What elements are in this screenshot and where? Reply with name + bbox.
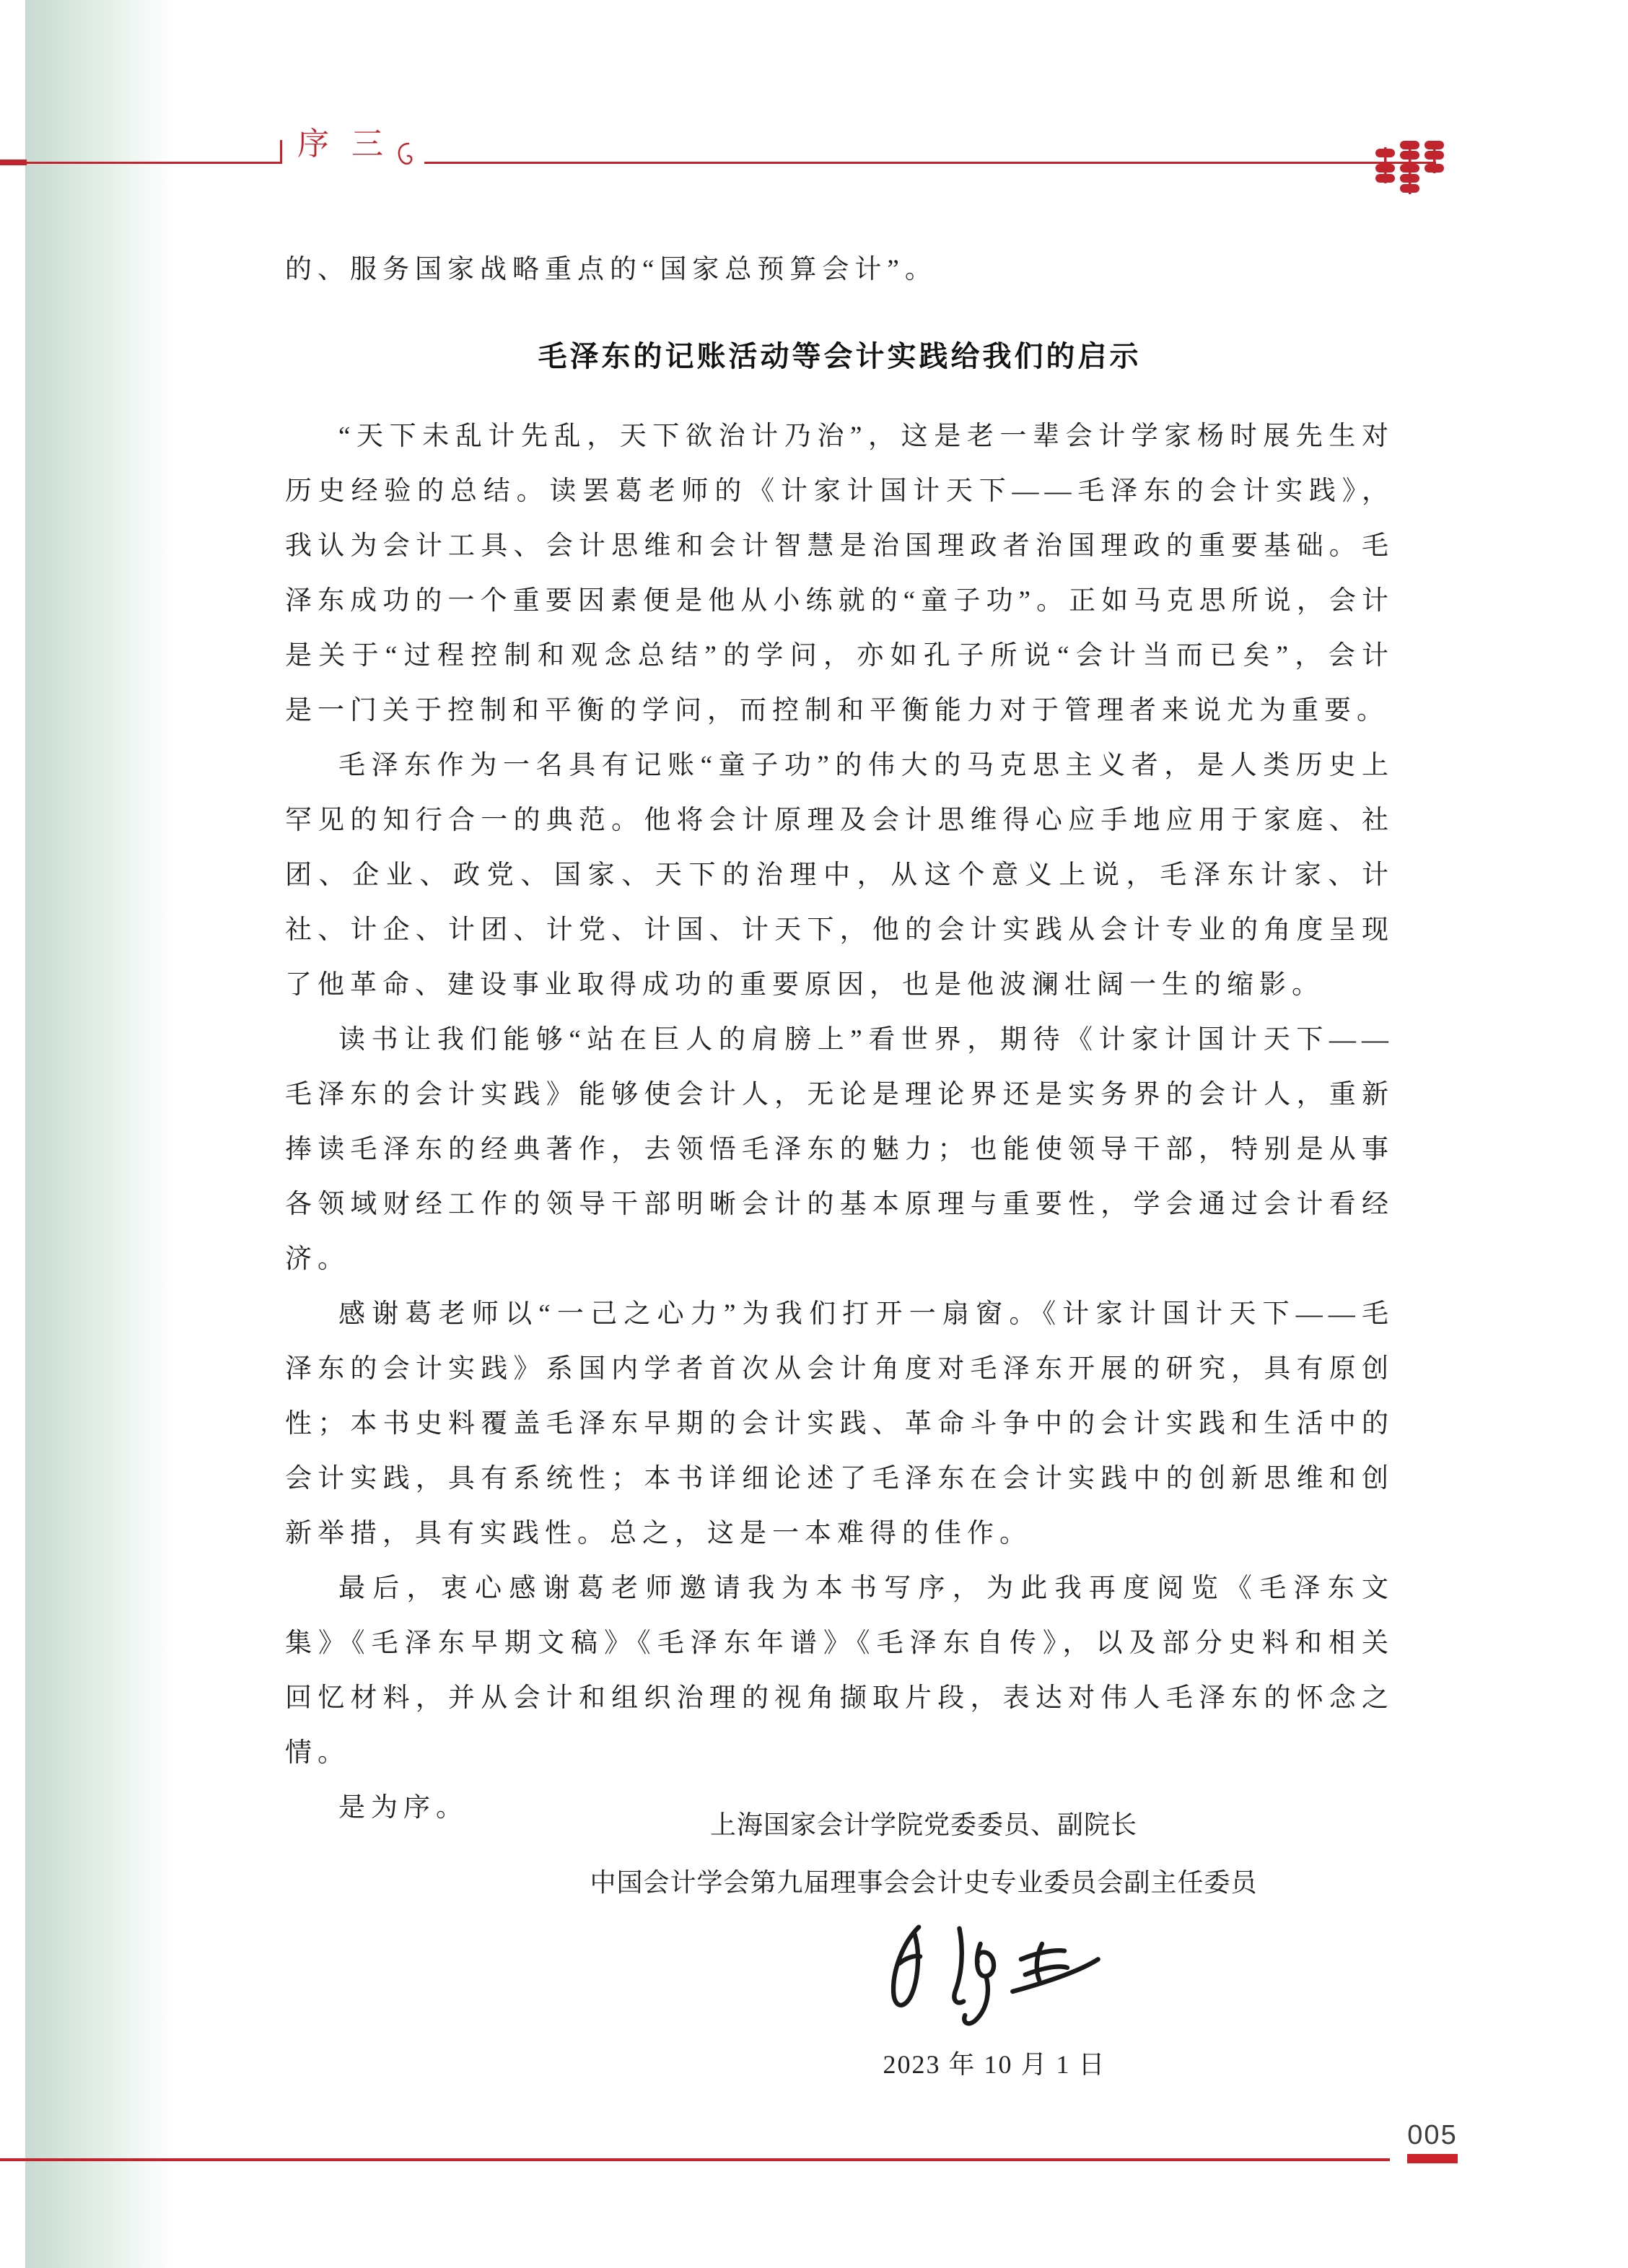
paragraph: 感谢葛老师以“一己之心力”为我们打开一扇窗。《计家计国计天下——毛泽东的会计实践… (285, 1287, 1394, 1561)
spiral-ornament-icon (397, 141, 416, 167)
section-heading: 毛泽东的记账活动等会计实践给我们的启示 (285, 329, 1394, 384)
abacus-beads-icon (1373, 139, 1445, 196)
header-rule-tick (280, 140, 282, 164)
book-preface-page: 序 三 的、服务国家战略重点的“国家总预算会计”。 毛泽东的记账活动等会计实践给… (0, 0, 1628, 2268)
paragraph: 毛泽东作为一名具有记账“童子功”的伟大的马克思主义者，是人类历史上罕见的知行合一… (285, 738, 1394, 1013)
header-rule-left (0, 162, 281, 164)
header-rule-right (424, 162, 1436, 164)
left-gradient-band (25, 0, 173, 2268)
page-number-block: 005 (1407, 2121, 1458, 2163)
page-number-accent-bar (1407, 2154, 1458, 2163)
author-title-line: 上海国家会计学院党委委员、副院长 (563, 1799, 1285, 1851)
page-number: 005 (1407, 2121, 1458, 2150)
handwritten-signature-image (872, 1919, 1117, 2038)
signature-date: 2023 年 10 月 1 日 (634, 2039, 1355, 2090)
footer-rule (0, 2158, 1390, 2161)
paragraph: 最后，衷心感谢葛老师邀请我为本书写序，为此我再度阅览《毛泽东文集》《毛泽东早期文… (285, 1561, 1394, 1781)
signature-block: 上海国家会计学院党委委员、副院长 中国会计学会第九届理事会会计史专业委员会副主任… (563, 1799, 1285, 2090)
paragraph: “天下未乱计先乱，天下欲治计乃治”，这是老一辈会计学家杨时展先生对历史经验的总结… (285, 409, 1394, 738)
chapter-label: 序 三 (297, 126, 390, 163)
carryover-line: 的、服务国家战略重点的“国家总预算会计”。 (285, 243, 1394, 297)
paragraph: 读书让我们能够“站在巨人的肩膀上”看世界，期待《计家计国计天下——毛泽东的会计实… (285, 1013, 1394, 1287)
author-title-line: 中国会计学会第九届理事会会计史专业委员会副主任委员 (563, 1857, 1285, 1909)
preface-body: 的、服务国家战略重点的“国家总预算会计”。 毛泽东的记账活动等会计实践给我们的启… (285, 243, 1394, 1836)
